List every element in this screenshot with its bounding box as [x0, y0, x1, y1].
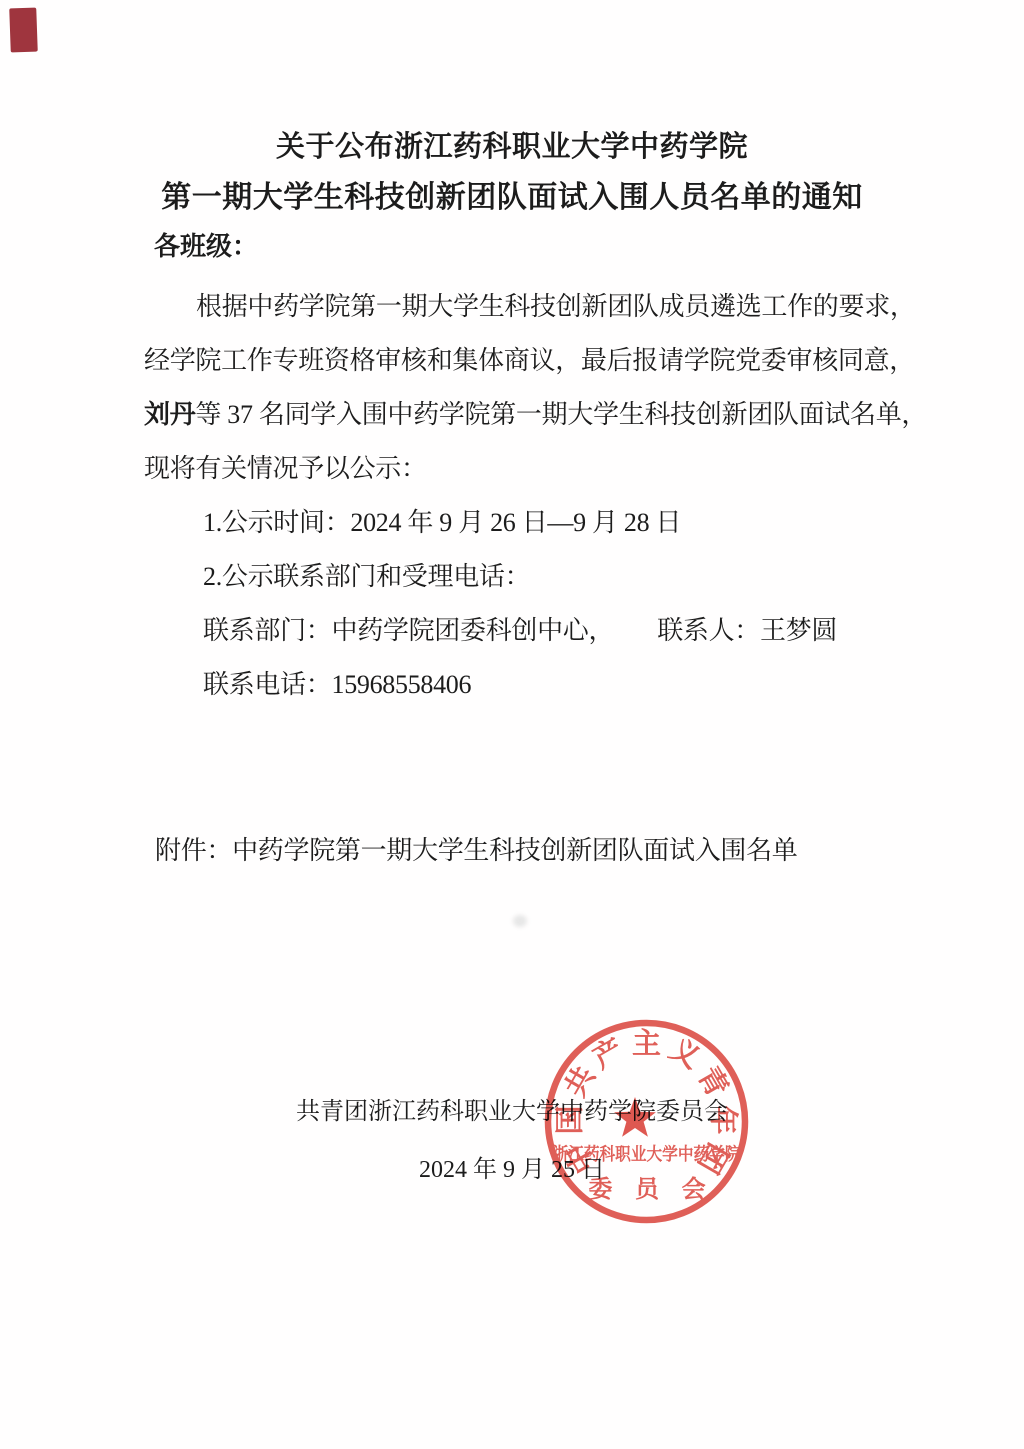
signature-date: 2024 年 9 月 25 日	[0, 1149, 1024, 1184]
notice-title-line1: 关于公布浙江药科职业大学中药学院	[0, 124, 1024, 165]
salutation: 各班级：	[154, 226, 258, 263]
paragraph-line-3-rest: 等 37 名同学入围中药学院第一期大学生科技创新团队面试名单，	[195, 400, 927, 429]
list-item-contact-info: 2.公示联系部门和受理电话：	[203, 556, 530, 593]
notice-document: 关于公布浙江药科职业大学中药学院 第一期大学生科技创新团队面试入围人员名单的通知…	[0, 0, 1024, 1449]
contact-department-line: 联系部门：中药学院团委科创中心，联系人：王梦圆	[203, 610, 837, 647]
paragraph-line-3: 刘丹等 37 名同学入围中药学院第一期大学生科技创新团队面试名单，	[144, 394, 927, 431]
list-item-publicity-period: 1.公示时间：2024 年 9 月 26 日—9 月 28 日	[203, 502, 681, 539]
attachment-line: 附件：中药学院第一期大学生科技创新团队面试入围名单	[155, 830, 798, 867]
paragraph-line-2: 经学院工作专班资格审核和集体商议，最后报请学院党委审核同意，	[144, 340, 915, 377]
paragraph-line-4: 现将有关情况予以公示：	[144, 448, 427, 485]
contact-person: 联系人：王梦圆	[657, 610, 837, 647]
svg-text:产: 产	[587, 1031, 629, 1075]
contact-phone: 联系电话：15968558406	[203, 664, 471, 701]
svg-text:主: 主	[632, 1027, 661, 1060]
highlighted-student-name: 刘丹	[144, 400, 195, 429]
paragraph-line-1: 根据中药学院第一期大学生科技创新团队成员遴选工作的要求，	[196, 286, 916, 323]
notice-title-line2: 第一期大学生科技创新团队面试入围人员名单的通知	[0, 172, 1024, 216]
signature-organization: 共青团浙江药科职业大学中药学院委员会	[0, 1091, 1024, 1126]
scan-smudge	[513, 915, 527, 927]
contact-department: 联系部门：中药学院团委科创中心，	[203, 616, 614, 645]
corner-red-mark	[9, 8, 38, 53]
svg-text:义: 义	[664, 1032, 706, 1075]
